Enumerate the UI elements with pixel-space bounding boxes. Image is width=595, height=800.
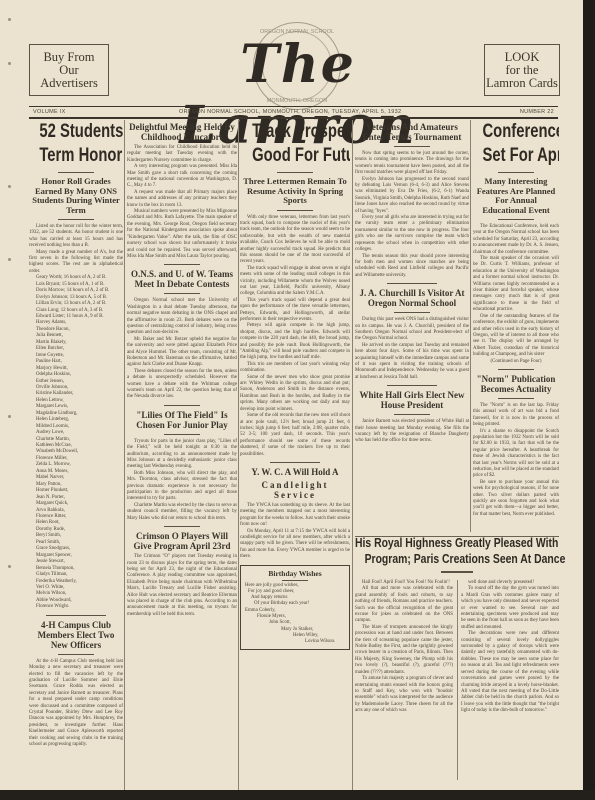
headline: Set For April 23 [482, 144, 549, 168]
column-4: Veterans And Amateurs Enter Tennis Tourn… [355, 120, 469, 532]
box-title: Birthday Wishes [245, 569, 345, 578]
article-body: With only three veterans, lettermen from… [240, 215, 350, 458]
headline: Delightful Meeting Held By Childhood Edu… [127, 122, 237, 142]
headline: Conference Date [482, 120, 549, 144]
paragraph: Listed on the honor roll for the winter … [29, 224, 123, 250]
article-body: Now that spring seems to be just around … [355, 151, 469, 279]
paragraph: The "Norm" is on the last lap. Friday th… [473, 403, 559, 429]
paragraph: During this past week ONS had a distingu… [355, 317, 469, 343]
subheadline: Many Interesting Features Are Planned Fo… [473, 177, 559, 215]
paragraph: This year's track squad will depend a gr… [240, 298, 350, 324]
ear-lamron-cards: LOOK for the Lamron Cards [484, 44, 560, 96]
ear-line: Our [40, 64, 98, 77]
paragraph: With only three veterans, lettermen from… [240, 215, 350, 266]
masthead: OREGON NORMAL SCHOOL MONMOUTH, OREGON Th… [118, 20, 478, 106]
article-body: At the 4-H Campus Club meeting held last… [29, 659, 123, 749]
wide-story-header: His Royal Highness Greatly Pleased With … [355, 535, 559, 577]
continued-note: (Continued on Page Four) [473, 359, 559, 365]
subheadline: Three Lettermen Remain To Resume Activit… [240, 177, 350, 206]
binding-hole [8, 185, 11, 188]
article-body: Listed on the honor roll for the winter … [29, 224, 123, 275]
paragraph: The main speaker of the occasion will be… [473, 256, 559, 314]
paragraph: Some of the newer men who show great pro… [240, 375, 350, 413]
column-2: Delightful Meeting Held By Childhood Edu… [127, 120, 237, 790]
paragraph: Petteys will again compete in the high j… [240, 323, 350, 361]
article-body-right: well done and cleverly presented!To roun… [461, 580, 559, 715]
headline: "Lilies Of The Field" Is Chosen For Juni… [127, 410, 237, 430]
article-body: The "Norm" is on the last lap. Friday th… [473, 403, 559, 518]
paragraph: The tennis season this year should prove… [355, 254, 469, 280]
dateline: VOLUME IX OREGON NORMAL SCHOOL, MONMOUTH… [29, 106, 558, 119]
paragraph: Charlotte Martin was elected by the clas… [127, 503, 237, 522]
headline: Track Prospects [252, 120, 338, 144]
paragraph: All that and more was celebrated with th… [355, 586, 453, 624]
headline: White Hall Girls Elect New House Preside… [355, 390, 469, 410]
paragraph: These debates closed the season for the … [127, 369, 237, 401]
paragraph: The YWCA has something up its sleeve. At… [240, 503, 350, 529]
paragraph: Be sure to purchase your annual this wee… [473, 480, 559, 518]
column-conference: Conference Date Set For April 23 Many In… [473, 120, 559, 532]
paragraph: Both Miss Johnson, who will direct the p… [127, 471, 237, 503]
newspaper-page: Buy From Our Advertisers OREGON NORMAL S… [0, 0, 583, 790]
paragraph: Every year all girls who are interested … [355, 215, 469, 253]
paragraph: To amuse his majesty a program of clever… [355, 676, 453, 714]
paragraph: Musical numbers were presented by Miss M… [127, 209, 237, 260]
binding-hole [8, 258, 11, 261]
paragraph: Mr. Baker and Mr. Botzer upheld the nega… [127, 337, 237, 369]
ear-line: for the [486, 64, 558, 77]
binding-hole [8, 415, 11, 418]
headline: Good For Future [252, 144, 338, 168]
column-divider [470, 120, 471, 532]
headline: Candlelight Service [240, 480, 350, 500]
paragraph: Oregon Normal school met the University … [127, 298, 237, 336]
paragraph: The track squad will engage in about sev… [240, 266, 350, 298]
paragraph: This trio are members of last year's win… [240, 362, 350, 375]
paragraph: The blare of trumpets announced the king… [355, 625, 453, 676]
headline: J. A. Churchill Is Visitor At Oregon Nor… [355, 288, 469, 308]
ear-line: Advertisers [40, 77, 98, 90]
binding-hole [8, 62, 11, 65]
column-honor-roll: 52 Students Make Term Honor Roll Honor R… [29, 120, 123, 790]
list-item: Lovina Wilson. [245, 639, 345, 645]
paragraph: It's a shame to disappoint the Scotch po… [473, 429, 559, 480]
paragraph: Many made a great number of A's, but the… [29, 250, 123, 276]
article-body: The YWCA has something up its sleeve. At… [240, 503, 350, 561]
page-edge [0, 790, 595, 800]
article-body: The Crimson "O" players met Tuesday even… [127, 554, 237, 618]
list-item: Florence Wright. [36, 604, 123, 610]
subheadline: Honor Roll Grades Earned By Many ONS Stu… [29, 177, 123, 215]
paragraph: To round off the day the gym was turned … [461, 586, 559, 631]
birthday-names: Emma Coberly,Flossie Myers,John Scott,Ma… [245, 608, 345, 646]
headline: Veterans And Amateurs Enter Tennis Tourn… [355, 122, 469, 142]
verse: Here are jolly good wishes,For joy and g… [245, 583, 345, 608]
paragraph: Janice Barnett was elected president of … [355, 419, 469, 445]
ear-advertisers: Buy From Our Advertisers [29, 44, 109, 96]
binding-hole [8, 565, 11, 568]
paragraph: Now that spring seems to be just around … [355, 151, 469, 177]
article-body: Oregon Normal school met the University … [127, 298, 237, 401]
paragraph: Some of the old records that the new men… [240, 413, 350, 458]
article-body: The Association for Childhood Education … [127, 145, 237, 260]
headline: 52 Students Make [39, 120, 112, 144]
column-divider [457, 580, 458, 780]
article-body-left: Hail Fool! April Fool! You Fool! No Fool… [355, 580, 453, 715]
paragraph: Tryouts for parts in the junior class pl… [127, 439, 237, 471]
issue-date: OREGON NORMAL SCHOOL, MONMOUTH, OREGON, … [179, 107, 401, 117]
headline: Term Honor Roll [39, 144, 112, 168]
top-scores-list: Geary Worth; 16 hours of A, 2 of B.Lois … [29, 275, 123, 320]
ear-line: LOOK [486, 51, 558, 64]
headline: Crimson O Players Will Give Program Apri… [127, 531, 237, 551]
headline: "Norm" Publication Becomes Actuality [473, 374, 559, 394]
article-body: The Educational Conference, held each ye… [473, 224, 559, 359]
honor-roll-list: Harvey Adams,Theodore Bacon,Julia Bennet… [29, 320, 123, 610]
paragraph: Evelyn Johnson has progressed to the sec… [355, 177, 469, 215]
ear-line: Buy From [40, 51, 98, 64]
paragraph: The Educational Conference, held each ye… [473, 224, 559, 256]
column-divider [352, 120, 353, 790]
headline: O.N.S. and U. of W. Teams Meet In Debate… [127, 269, 237, 289]
headline: 4-H Campus Club Members Elect Two New Of… [29, 620, 123, 650]
page-edge [583, 0, 595, 800]
paragraph: The Crimson "O" players met Tuesday even… [127, 554, 237, 618]
issue-number: NUMBER 22 [520, 107, 554, 117]
paragraph: On Monday, April 11 at 7:15 the YWCA wil… [240, 529, 350, 561]
headline: Program; Paris Creations Seen At Dance [355, 551, 518, 567]
birthday-wishes-box: Birthday Wishes Here are jolly good wish… [240, 565, 350, 650]
binding-hole [8, 18, 11, 21]
paragraph: The decorations were new and different c… [461, 631, 559, 714]
paragraph: A request was made that all Primary majo… [127, 190, 237, 209]
article-body: During this past week ONS had a distingu… [355, 317, 469, 381]
headline: His Royal Highness Greatly Pleased With [355, 535, 518, 551]
article-body: Janice Barnett was elected president of … [355, 419, 469, 445]
paragraph: The Association for Childhood Education … [127, 145, 237, 164]
paragraph: A very interesting program was presented… [127, 164, 237, 190]
paragraph: At the 4-H Campus Club meeting held last… [29, 659, 123, 749]
column-divider [124, 120, 125, 790]
ear-line: Lamron Cards [486, 77, 558, 90]
paragraph: He arrived on the campus last Tuesday an… [355, 343, 469, 381]
volume-label: VOLUME IX [33, 107, 66, 117]
column-track: Track Prospects Good For Future Three Le… [240, 120, 350, 790]
headline: Y. W. C. A Will Hold A [240, 467, 350, 477]
column-divider [238, 120, 239, 790]
article-body: Tryouts for parts in the junior class pl… [127, 439, 237, 522]
paragraph: One of the outstanding features of the c… [473, 314, 559, 359]
